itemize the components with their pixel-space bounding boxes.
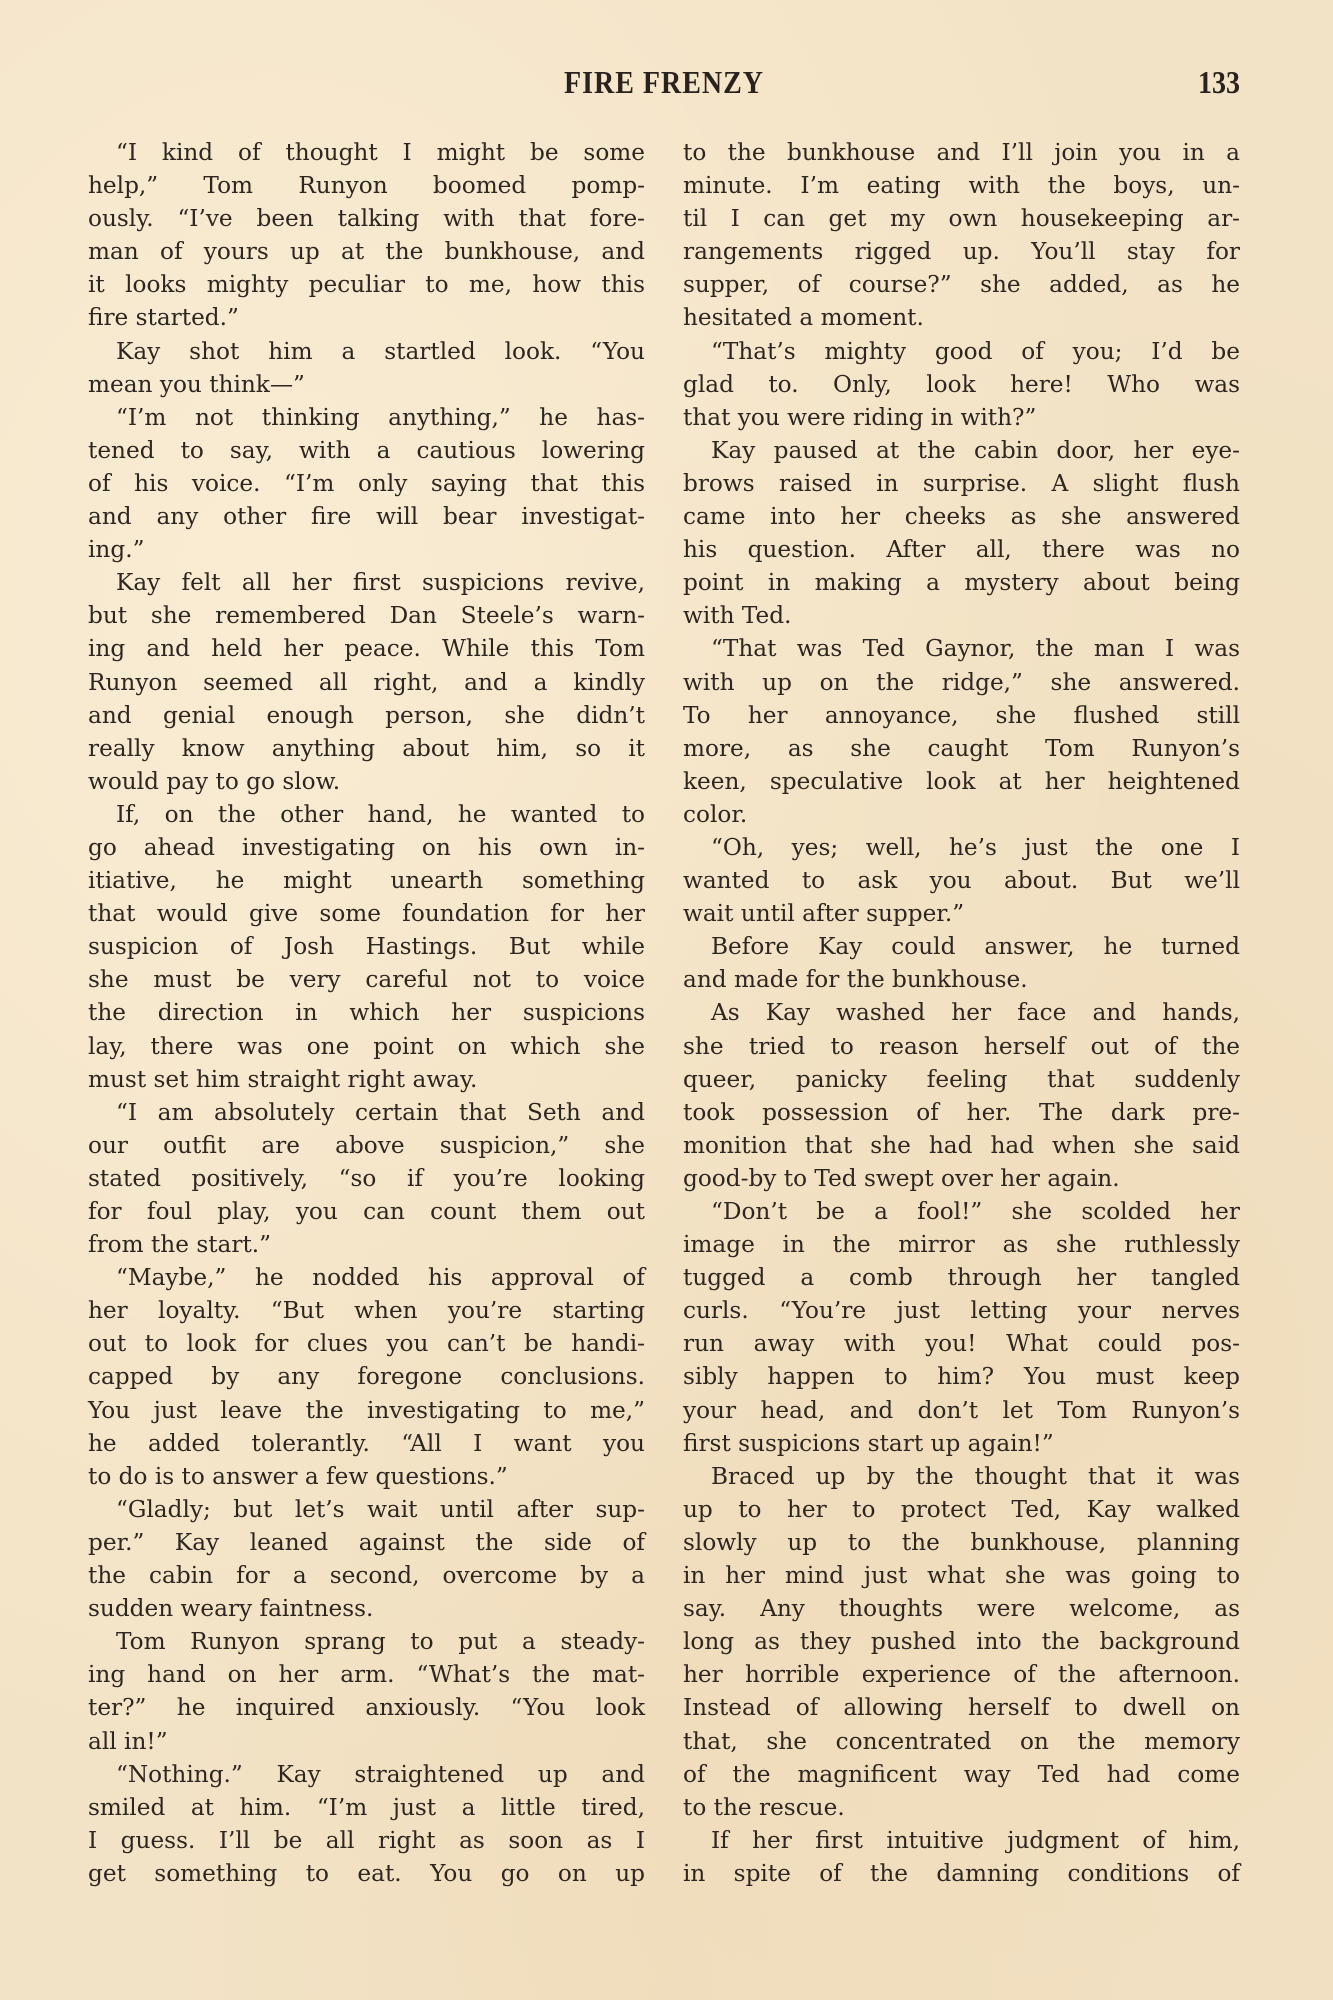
text-line: supper, of course?” she added, as he	[683, 268, 1240, 301]
text-line: “I kind of thought I might be some	[88, 136, 645, 169]
text-line: color.	[683, 798, 1240, 831]
text-line: queer, panicky feeling that suddenly	[683, 1063, 1240, 1096]
text-line: brows raised in surprise. A slight flush	[683, 467, 1240, 500]
text-line: If her first intuitive judgment of him,	[683, 1824, 1240, 1857]
text-line: suspicion of Josh Hastings. But while	[88, 930, 645, 963]
text-line: glad to. Only, look here! Who was	[683, 368, 1240, 401]
text-line: to the bunkhouse and I’ll join you in a	[683, 136, 1240, 169]
text-line: fire started.”	[88, 301, 645, 334]
text-line: Instead of allowing herself to dwell on	[683, 1691, 1240, 1724]
text-line: minute. I’m eating with the boys, un-	[683, 169, 1240, 202]
text-line: wait until after supper.”	[683, 897, 1240, 930]
text-line: “I am absolutely certain that Seth and	[88, 1096, 645, 1129]
text-line: I guess. I’ll be all right as soon as I	[88, 1824, 645, 1857]
text-line: ter?” he inquired anxiously. “You look	[88, 1691, 645, 1724]
text-line: would pay to go slow.	[88, 765, 645, 798]
text-line: really know anything about him, so it	[88, 732, 645, 765]
text-line: Kay shot him a startled look. “You	[88, 335, 645, 368]
text-line: “Oh, yes; well, he’s just the one I	[683, 831, 1240, 864]
text-line: “Nothing.” Kay straightened up and	[88, 1758, 645, 1791]
text-line: stated positively, “so if you’re looking	[88, 1162, 645, 1195]
text-line: ing.”	[88, 533, 645, 566]
text-line: capped by any foregone conclusions.	[88, 1360, 645, 1393]
text-line: “Don’t be a fool!” she scolded her	[683, 1195, 1240, 1228]
text-line: must set him straight right away.	[88, 1063, 645, 1096]
text-line: Before Kay could answer, he turned	[683, 930, 1240, 963]
text-line: and genial enough person, she didn’t	[88, 699, 645, 732]
text-line: the cabin for a second, overcome by a	[88, 1559, 645, 1592]
text-line: image in the mirror as she ruthlessly	[683, 1228, 1240, 1261]
running-head: FIRE FRENZY 133	[88, 68, 1240, 104]
text-line: keen, speculative look at her heightened	[683, 765, 1240, 798]
text-line: til I can get my own housekeeping ar-	[683, 202, 1240, 235]
text-line: with up on the ridge,” she answered.	[683, 666, 1240, 699]
text-line: Kay felt all her first suspicions revive…	[88, 566, 645, 599]
text-line: Kay paused at the cabin door, her eye-	[683, 434, 1240, 467]
text-line: “I’m not thinking anything,” he has-	[88, 401, 645, 434]
text-line: up to her to protect Ted, Kay walked	[683, 1493, 1240, 1526]
text-line: smiled at him. “I’m just a little tired,	[88, 1791, 645, 1824]
text-line: ously. “I’ve been talking with that fore…	[88, 202, 645, 235]
text-line: say. Any thoughts were welcome, as	[683, 1592, 1240, 1625]
text-line: she must be very careful not to voice	[88, 963, 645, 996]
text-line: more, as she caught Tom Runyon’s	[683, 732, 1240, 765]
text-line: her loyalty. “But when you’re starting	[88, 1294, 645, 1327]
text-line: that would give some foundation for her	[88, 897, 645, 930]
text-line: “That was Ted Gaynor, the man I was	[683, 632, 1240, 665]
text-line: to the rescue.	[683, 1791, 1240, 1824]
text-line: rangements rigged up. You’ll stay for	[683, 235, 1240, 268]
text-line: ing and held her peace. While this Tom	[88, 632, 645, 665]
text-line: and any other fire will bear investigat-	[88, 500, 645, 533]
book-page: FIRE FRENZY 133 “I kind of thought I mig…	[0, 0, 1333, 2000]
text-line: slowly up to the bunkhouse, planning	[683, 1526, 1240, 1559]
text-line: her horrible experience of the afternoon…	[683, 1658, 1240, 1691]
text-line: hesitated a moment.	[683, 301, 1240, 334]
text-column-right: to the bunkhouse and I’ll join you in am…	[683, 136, 1240, 1890]
text-line: itiative, he might unearth something	[88, 864, 645, 897]
text-line: help,” Tom Runyon boomed pomp-	[88, 169, 645, 202]
text-line: in her mind just what she was going to	[683, 1559, 1240, 1592]
text-line: all in!”	[88, 1725, 645, 1758]
text-column-left: “I kind of thought I might be somehelp,”…	[88, 136, 645, 1890]
text-line: monition that she had had when she said	[683, 1129, 1240, 1162]
text-line: sudden weary faintness.	[88, 1592, 645, 1625]
text-line: long as they pushed into the background	[683, 1625, 1240, 1658]
text-line: for foul play, you can count them out	[88, 1195, 645, 1228]
text-line: per.” Kay leaned against the side of	[88, 1526, 645, 1559]
running-title: FIRE FRENZY	[88, 66, 1240, 103]
text-line: Braced up by the thought that it was	[683, 1460, 1240, 1493]
text-line: As Kay washed her face and hands,	[683, 996, 1240, 1029]
text-line: mean you think—”	[88, 368, 645, 401]
text-line: man of yours up at the bunkhouse, and	[88, 235, 645, 268]
text-line: wanted to ask you about. But we’ll	[683, 864, 1240, 897]
text-line: go ahead investigating on his own in-	[88, 831, 645, 864]
text-line: first suspicions start up again!”	[683, 1427, 1240, 1460]
text-line: point in making a mystery about being	[683, 566, 1240, 599]
text-line: he added tolerantly. “All I want you	[88, 1427, 645, 1460]
text-line: lay, there was one point on which she	[88, 1030, 645, 1063]
text-line: good-by to Ted swept over her again.	[683, 1162, 1240, 1195]
text-line: “Gladly; but let’s wait until after sup-	[88, 1493, 645, 1526]
page-number: 133	[1198, 66, 1240, 103]
text-line: “That’s mighty good of you; I’d be	[683, 335, 1240, 368]
text-line: tugged a comb through her tangled	[683, 1261, 1240, 1294]
text-line: of his voice. “I’m only saying that this	[88, 467, 645, 500]
text-line: to do is to answer a few questions.”	[88, 1460, 645, 1493]
text-line: tened to say, with a cautious lowering	[88, 434, 645, 467]
text-line: curls. “You’re just letting your nerves	[683, 1294, 1240, 1327]
text-line: “Maybe,” he nodded his approval of	[88, 1261, 645, 1294]
text-line: Runyon seemed all right, and a kindly	[88, 666, 645, 699]
text-line: but she remembered Dan Steele’s warn-	[88, 599, 645, 632]
text-line: from the start.”	[88, 1228, 645, 1261]
text-line: out to look for clues you can’t be handi…	[88, 1327, 645, 1360]
text-line: You just leave the investigating to me,”	[88, 1394, 645, 1427]
text-line: your head, and don’t let Tom Runyon’s	[683, 1394, 1240, 1427]
text-line: that you were riding in with?”	[683, 401, 1240, 434]
text-line: Tom Runyon sprang to put a steady-	[88, 1625, 645, 1658]
text-line: and made for the bunkhouse.	[683, 963, 1240, 996]
text-line: it looks mighty peculiar to me, how this	[88, 268, 645, 301]
text-line: that, she concentrated on the memory	[683, 1725, 1240, 1758]
text-line: the direction in which her suspicions	[88, 996, 645, 1029]
text-line: came into her cheeks as she answered	[683, 500, 1240, 533]
text-line: get something to eat. You go on up	[88, 1857, 645, 1890]
text-line: she tried to reason herself out of the	[683, 1030, 1240, 1063]
text-line: with Ted.	[683, 599, 1240, 632]
text-line: run away with you! What could pos-	[683, 1327, 1240, 1360]
text-line: our outfit are above suspicion,” she	[88, 1129, 645, 1162]
text-line: sibly happen to him? You must keep	[683, 1360, 1240, 1393]
text-line: his question. After all, there was no	[683, 533, 1240, 566]
text-line: took possession of her. The dark pre-	[683, 1096, 1240, 1129]
text-line: To her annoyance, she flushed still	[683, 699, 1240, 732]
text-line: in spite of the damning conditions of	[683, 1857, 1240, 1890]
text-line: of the magnificent way Ted had come	[683, 1758, 1240, 1791]
text-line: If, on the other hand, he wanted to	[88, 798, 645, 831]
text-line: ing hand on her arm. “What’s the mat-	[88, 1658, 645, 1691]
